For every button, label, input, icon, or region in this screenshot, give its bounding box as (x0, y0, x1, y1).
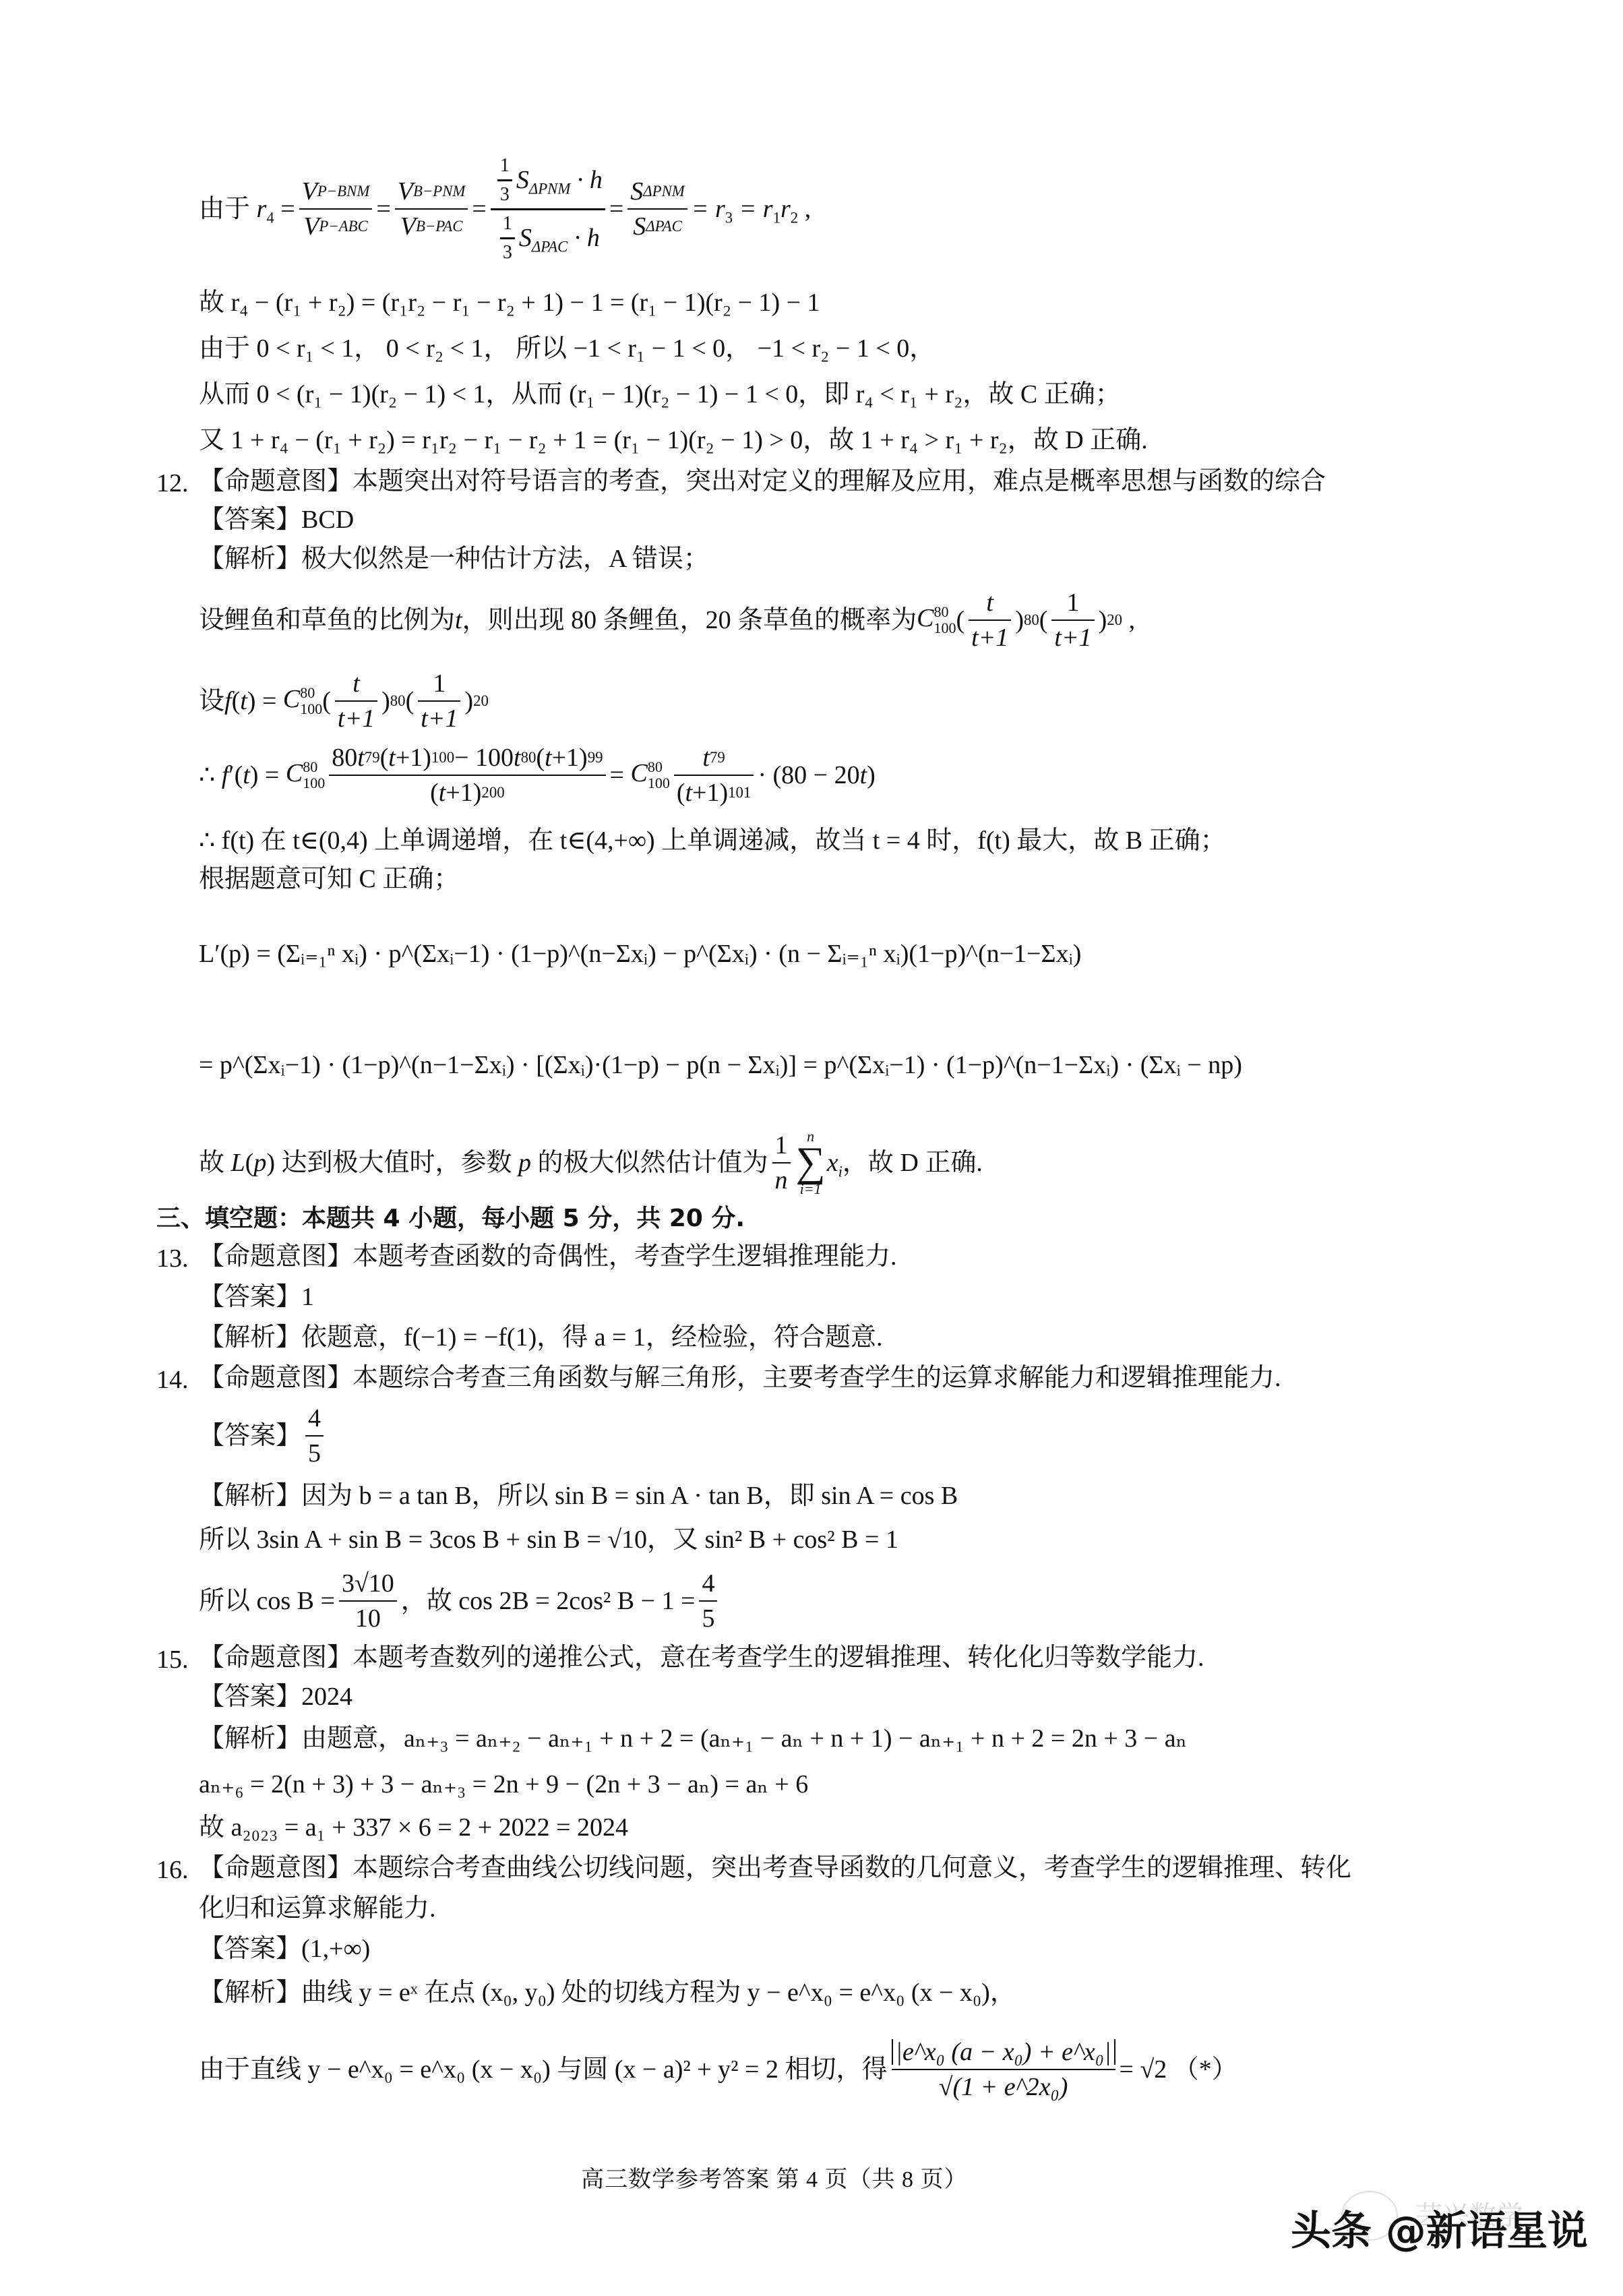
q12-f-derivative: ∴ f′(t) = C80100 80t79(t+1)100 − 100t80(… (199, 735, 876, 816)
q12-probability-line: 设鲤鱼和草鱼的比例为t，则出现 80 条鲤鱼，20 条草鱼的概率为 C80100… (199, 580, 1135, 661)
q15-analysis: 【解析】由题意，aₙ₊₃ = aₙ₊₂ − aₙ₊₁ + n + 2 = (aₙ… (199, 1726, 1187, 1751)
q12-analysis: 【解析】极大似然是一种估计方法，A 错误； (199, 546, 709, 572)
section-heading: 三、填空题：本题共 4 小题，每小题 5 分，共 20 分. (156, 1207, 745, 1231)
page-footer: 高三数学参考答案 第 4 页（共 8 页） (581, 2161, 968, 2194)
q15-line-1: aₙ₊₆ = 2(n + 3) + 3 − aₙ₊₃ = 2n + 9 − (2… (199, 1772, 808, 1797)
q16-intent-1: 【命题意图】本题综合考查曲线公切线问题，突出考查导函数的几何意义，考查学生的逻辑… (199, 1855, 1351, 1881)
q12-f-def: 设f(t) = C80100(tt+1)80(1t+1)20 (199, 664, 489, 738)
q14-line-2: 所以 cos B = 3√1010 ，故 cos 2B = 2cos² B − … (199, 1564, 721, 1638)
fraction: 13SΔPNM · h 13SΔPAC · h (491, 156, 605, 262)
q12-c-correct: 根据题意可知 C 正确； (199, 866, 459, 892)
q14-line-1: 所以 3sin A + sin B = 3cos B + sin B = √10… (199, 1527, 898, 1552)
q13-intent: 【命题意图】本题考查函数的奇偶性，考查学生逻辑推理能力. (199, 1244, 897, 1269)
fraction: VP−BNMVP−ABC (299, 179, 373, 239)
q15-intent: 【命题意图】本题考查数列的递推公式，意在考查学生的逻辑推理、转化化归等数学能力. (199, 1645, 1204, 1670)
q11-line-4: 从而 0 < (r₁ − 1)(r₂ − 1) < 1，从而 (r₁ − 1)(… (199, 382, 1121, 407)
question-number: 16. (156, 1855, 189, 1885)
q16-tangent-condition: 由于直线 y − e^x₀ = e^x₀ (x − x₀) 与圆 (x − a)… (199, 2029, 1237, 2110)
q15-answer: 【答案】2024 (199, 1684, 353, 1710)
q13-answer: 【答案】1 (199, 1284, 314, 1310)
text: 由于 (199, 196, 250, 222)
q12-monotonic: ∴ f(t) 在 t∈(0,4) 上单调递增，在 t∈(4,+∞) 上单调递减，… (199, 828, 1226, 853)
q11-line-2: 故 r₄ − (r₁ + r₂) = (r₁r₂ − r₁ − r₂ + 1) … (199, 290, 820, 315)
watermark: 头条 @新语星说 (1291, 2199, 1588, 2257)
q14-analysis: 【解析】因为 b = a tan B，所以 sin B = sin A · ta… (199, 1483, 958, 1509)
question-number: 14. (156, 1365, 189, 1395)
q11-ratio-line: 由于 r4 = VP−BNMVP−ABC= VB−PNMVB−PAC= 13SΔ… (199, 135, 811, 283)
fraction: SΔPNMSΔPAC (627, 179, 687, 239)
q11-line-5: 又 1 + r₄ − (r₁ + r₂) = r₁r₂ − r₁ − r₂ + … (199, 427, 1148, 453)
q16-answer: 【答案】(1,+∞) (199, 1936, 370, 1962)
question-number: 12. (156, 469, 189, 498)
q16-analysis: 【解析】曲线 y = eˣ 在点 (x₀, y₀) 处的切线方程为 y − e^… (199, 1980, 1016, 2005)
q12-answer: 【答案】BCD (199, 507, 354, 533)
fraction: VB−PNMVB−PAC (395, 179, 468, 239)
q12-intent: 【命题意图】本题突出对符号语言的考查，突出对定义的理解及应用，难点是概率思想与函… (199, 469, 1326, 494)
q14-intent: 【命题意图】本题综合考查三角函数与解三角形，主要考查学生的运算求解能力和逻辑推理… (199, 1365, 1281, 1391)
q11-line-3: 由于 0 < r₁ < 1， 0 < r₂ < 1， 所以 −1 < r₁ − … (199, 336, 935, 361)
q13-analysis: 【解析】依题意，f(−1) = −f(1)，得 a = 1，经检验，符合题意. (199, 1325, 883, 1350)
question-number: 13. (156, 1244, 189, 1273)
q14-answer: 【答案】 45 (199, 1402, 328, 1470)
q12-likelihood-derivative: L′(p) = (Σᵢ₌₁ⁿ xᵢ) · p^(Σxᵢ−1) · (1−p)^(… (199, 903, 1081, 1004)
question-number: 15. (156, 1645, 189, 1674)
q12-likelihood-simplified: = p^(Σxᵢ−1) · (1−p)^(n−1−Σxᵢ) · [(Σxᵢ)·(… (199, 1015, 1242, 1116)
q12-conclusion: 故 L(p) 达到极大值时，参数 p 的极大似然估计值为 1n n∑i=1xi … (199, 1126, 983, 1200)
q15-line-2: 故 a₂₀₂₃ = a₁ + 337 × 6 = 2 + 2022 = 2024 (199, 1815, 628, 1840)
q16-intent-2: 化归和运算求解能力. (199, 1896, 436, 1921)
